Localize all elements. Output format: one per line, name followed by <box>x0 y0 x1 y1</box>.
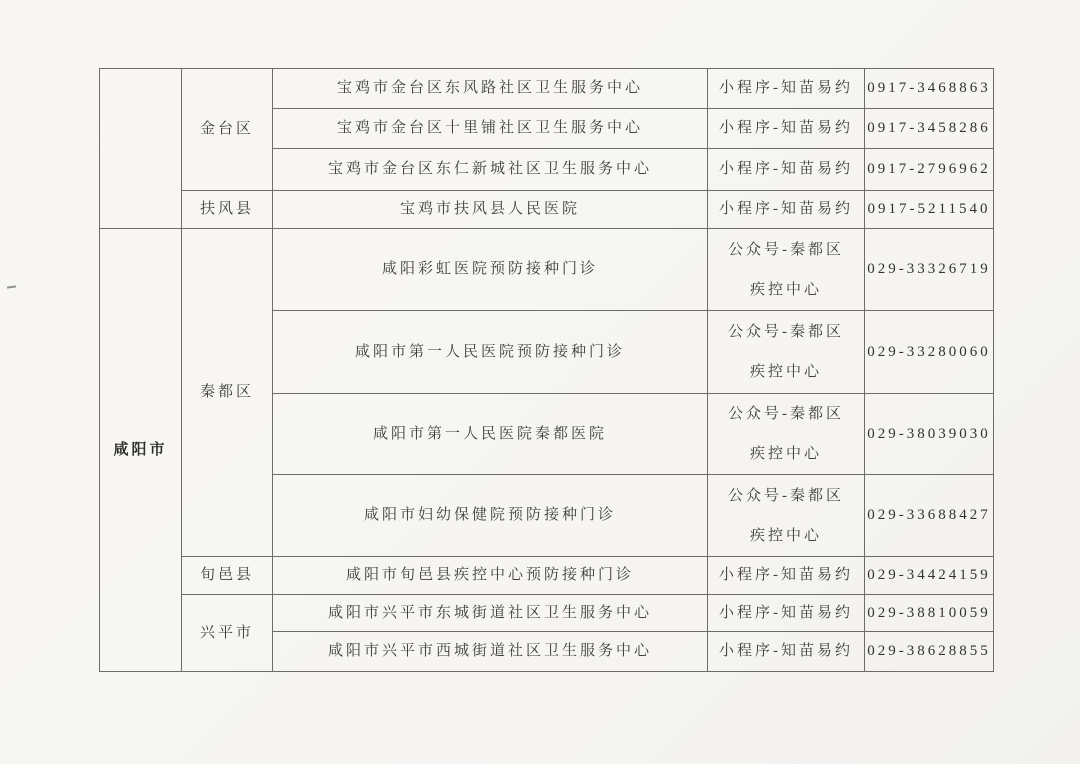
phone-cell: 0917-5211540 <box>865 191 994 229</box>
phone-cell: 029-33326719 <box>865 229 994 311</box>
district-cell: 兴平市 <box>182 595 273 672</box>
phone-cell: 029-33280060 <box>865 311 994 394</box>
phone-cell: 0917-3458286 <box>865 109 994 149</box>
booking-method-cell: 公众号-秦都区 疾控中心 <box>708 475 865 557</box>
phone-cell: 0917-3468863 <box>865 69 994 109</box>
clinic-name-cell: 咸阳彩虹医院预防接种门诊 <box>273 229 708 311</box>
phone-cell: 029-34424159 <box>865 557 994 595</box>
scan-artifact-mark <box>7 285 16 288</box>
district-cell: 旬邑县 <box>182 557 273 595</box>
phone-cell: 029-38810059 <box>865 595 994 632</box>
booking-method-cell: 小程序-知苗易约 <box>708 191 865 229</box>
district-cell: 金台区 <box>182 69 273 191</box>
table-row: 兴平市 咸阳市兴平市东城街道社区卫生服务中心 小程序-知苗易约 029-3881… <box>100 595 994 632</box>
clinic-name-cell: 咸阳市第一人民医院秦都医院 <box>273 394 708 475</box>
booking-method-cell: 小程序-知苗易约 <box>708 149 865 191</box>
table-row: 旬邑县 咸阳市旬邑县疾控中心预防接种门诊 小程序-知苗易约 029-344241… <box>100 557 994 595</box>
clinic-name-cell: 宝鸡市金台区东风路社区卫生服务中心 <box>273 69 708 109</box>
booking-method-cell: 公众号-秦都区 疾控中心 <box>708 229 865 311</box>
clinic-name-cell: 咸阳市第一人民医院预防接种门诊 <box>273 311 708 394</box>
clinic-name-cell: 咸阳市妇幼保健院预防接种门诊 <box>273 475 708 557</box>
clinic-name-cell: 宝鸡市金台区东仁新城社区卫生服务中心 <box>273 149 708 191</box>
district-cell: 扶风县 <box>182 191 273 229</box>
booking-method-cell: 小程序-知苗易约 <box>708 109 865 149</box>
table-row: 咸阳市 秦都区 咸阳彩虹医院预防接种门诊 公众号-秦都区 疾控中心 029-33… <box>100 229 994 311</box>
vaccination-clinics-table: 金台区 宝鸡市金台区东风路社区卫生服务中心 小程序-知苗易约 0917-3468… <box>99 68 994 672</box>
booking-method-cell: 小程序-知苗易约 <box>708 557 865 595</box>
district-cell: 秦都区 <box>182 229 273 557</box>
clinic-name-cell: 咸阳市兴平市西城街道社区卫生服务中心 <box>273 632 708 672</box>
city-cell <box>100 69 182 229</box>
scanned-document-page: 金台区 宝鸡市金台区东风路社区卫生服务中心 小程序-知苗易约 0917-3468… <box>0 0 1080 764</box>
table-row: 扶风县 宝鸡市扶风县人民医院 小程序-知苗易约 0917-5211540 <box>100 191 994 229</box>
clinic-name-cell: 咸阳市兴平市东城街道社区卫生服务中心 <box>273 595 708 632</box>
phone-cell: 029-38628855 <box>865 632 994 672</box>
clinic-name-cell: 咸阳市旬邑县疾控中心预防接种门诊 <box>273 557 708 595</box>
booking-method-cell: 公众号-秦都区 疾控中心 <box>708 311 865 394</box>
phone-cell: 029-33688427 <box>865 475 994 557</box>
booking-method-cell: 小程序-知苗易约 <box>708 632 865 672</box>
booking-method-cell: 公众号-秦都区 疾控中心 <box>708 394 865 475</box>
clinic-name-cell: 宝鸡市扶风县人民医院 <box>273 191 708 229</box>
city-cell: 咸阳市 <box>100 229 182 672</box>
booking-method-cell: 小程序-知苗易约 <box>708 595 865 632</box>
booking-method-cell: 小程序-知苗易约 <box>708 69 865 109</box>
table-row: 金台区 宝鸡市金台区东风路社区卫生服务中心 小程序-知苗易约 0917-3468… <box>100 69 994 109</box>
clinic-name-cell: 宝鸡市金台区十里铺社区卫生服务中心 <box>273 109 708 149</box>
phone-cell: 029-38039030 <box>865 394 994 475</box>
phone-cell: 0917-2796962 <box>865 149 994 191</box>
